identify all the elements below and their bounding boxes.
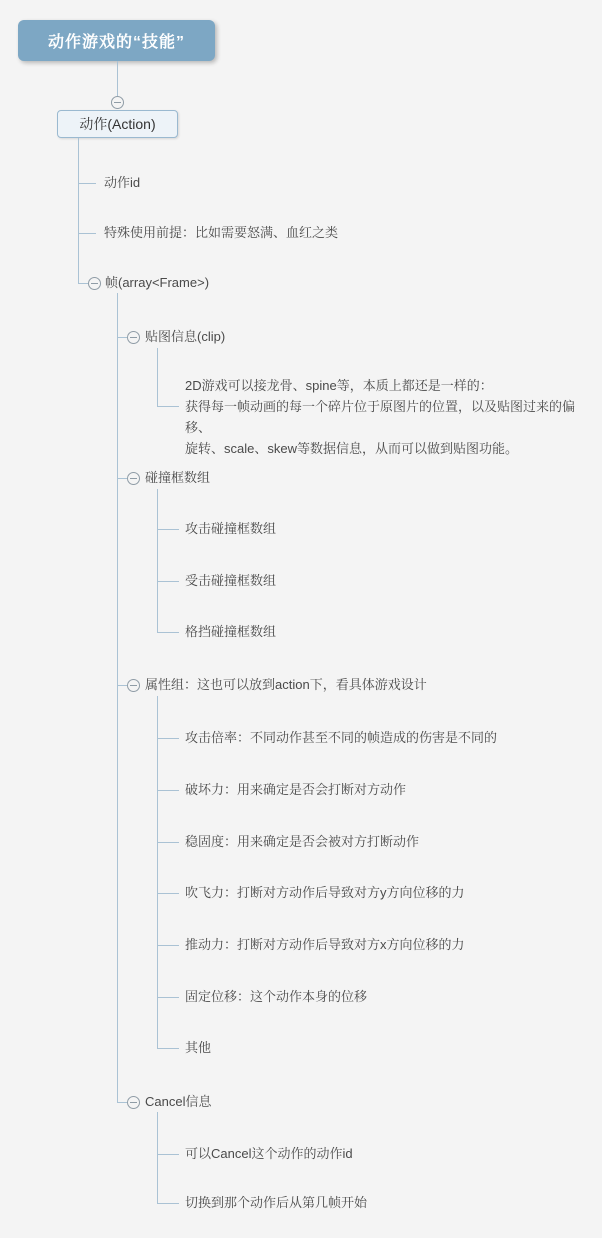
collapse-icon-action[interactable] (111, 96, 124, 109)
connector-line (157, 1203, 179, 1204)
connector-line (117, 478, 127, 479)
collapse-icon-cancel[interactable] (127, 1096, 140, 1109)
topic-hurt-hitbox[interactable]: 受击碰撞框数组 (185, 572, 276, 590)
connector-line (157, 581, 179, 582)
topic-cancel-id[interactable]: 可以Cancel这个动作的动作id (185, 1145, 353, 1163)
topic-precondition[interactable]: 特殊使用前提：比如需要怒满、血红之类 (104, 224, 338, 242)
topic-break-power[interactable]: 破坏力：用来确定是否会打断对方动作 (185, 781, 406, 799)
topic-attack-hitbox[interactable]: 攻击碰撞框数组 (185, 520, 276, 538)
connector-line (157, 529, 179, 530)
connector-line (157, 348, 158, 407)
topic-action-id[interactable]: 动作id (104, 174, 140, 192)
connector-line (157, 893, 179, 894)
connector-line (157, 1048, 179, 1049)
connector-line (157, 945, 179, 946)
topic-block-hitbox[interactable]: 格挡碰撞框数组 (185, 623, 276, 641)
connector-line (78, 138, 79, 284)
connector-line (157, 997, 179, 998)
collapse-icon-hitbox[interactable] (127, 472, 140, 485)
connector-line (157, 842, 179, 843)
connector-line (157, 738, 179, 739)
connector-line (157, 1112, 158, 1204)
topic-start-frame[interactable]: 切换到那个动作后从第几帧开始 (185, 1194, 367, 1212)
topic-fixed-shift[interactable]: 固定位移：这个动作本身的位移 (185, 988, 367, 1006)
topic-cancel-info[interactable]: Cancel信息 (145, 1093, 211, 1111)
connector-line (157, 632, 179, 633)
connector-line (117, 1102, 127, 1103)
topic-frame[interactable]: 帧(array<Frame>) (105, 274, 209, 292)
mindmap-canvas: 动作游戏的“技能” 动作(Action) 动作id 特殊使用前提：比如需要怒满、… (0, 0, 602, 1238)
action-topic[interactable]: 动作(Action) (57, 110, 178, 138)
topic-stability[interactable]: 稳固度：用来确定是否会被对方打断动作 (185, 833, 419, 851)
connector-line (157, 406, 179, 407)
connector-line (117, 61, 118, 96)
topic-attributes[interactable]: 属性组：这也可以放到action下，看具体游戏设计 (145, 676, 427, 694)
connector-line (78, 183, 96, 184)
topic-hitbox-array[interactable]: 碰撞框数组 (145, 469, 210, 487)
connector-line (157, 790, 179, 791)
topic-clip[interactable]: 贴图信息(clip) (145, 328, 225, 346)
topic-launch-power[interactable]: 吹飞力：打断对方动作后导致对方y方向位移的力 (185, 884, 465, 902)
collapse-icon-clip[interactable] (127, 331, 140, 344)
topic-damage-rate[interactable]: 攻击倍率：不同动作甚至不同的帧造成的伤害是不同的 (185, 729, 497, 747)
topic-push-power[interactable]: 推动力：打断对方动作后导致对方x方向位移的力 (185, 936, 465, 954)
collapse-icon-frame[interactable] (88, 277, 101, 290)
connector-line (78, 283, 88, 284)
connector-line (78, 233, 96, 234)
collapse-icon-attributes[interactable] (127, 679, 140, 692)
topic-clip-desc[interactable]: 2D游戏可以接龙骨、spine等，本质上都还是一样的： 获得每一帧动画的每一个碎… (185, 375, 587, 459)
root-topic[interactable]: 动作游戏的“技能” (18, 20, 215, 61)
connector-line (157, 489, 158, 633)
connector-line (117, 685, 127, 686)
connector-line (117, 337, 127, 338)
connector-line (117, 293, 118, 1103)
connector-line (157, 1154, 179, 1155)
topic-other[interactable]: 其他 (185, 1039, 211, 1057)
